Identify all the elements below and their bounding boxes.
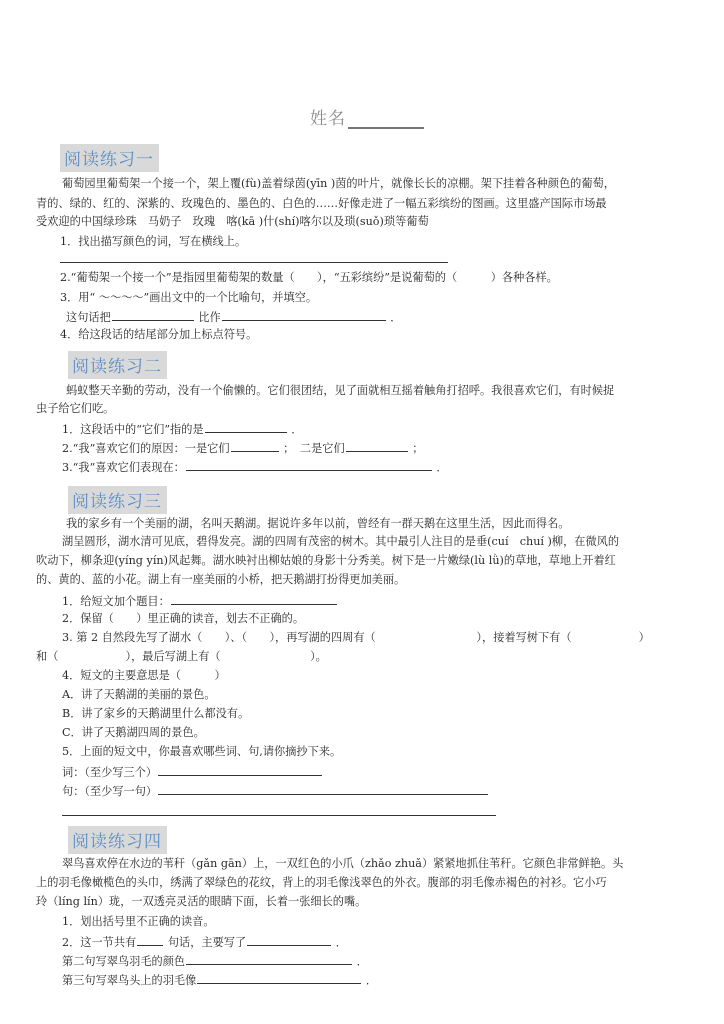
q2-blank-b: [247, 934, 331, 946]
q4-end: ．: [366, 974, 377, 987]
section-1-passage-line: 受欢迎的中国绿珍珠 马奶子 玫瑰 喀(kā )什(shí)喀尔以及琐(suǒ)琐…: [36, 215, 429, 229]
section-3-passage-line: 吹动下，柳条迎(yíng yín)风起舞。湖水映衬出柳姑娘的身影十分秀美。树下是…: [36, 554, 616, 568]
name-label: 姓名: [310, 109, 346, 129]
section-1-q4: 4．给这段话的结尾部分加上标点符号。: [60, 328, 257, 342]
section-1-q3-fill: 这句话把 比作 ．: [66, 309, 401, 325]
q2-blank-b: [346, 440, 408, 452]
section-4-title: 阅读练习四: [68, 826, 167, 854]
section-4-q1: 1．划出括号里不正确的读音。: [62, 915, 215, 929]
section-4-passage-line: 翠鸟喜欢停在水边的苇秆（gǎn gān）上，一双红色的小爪（zhǎo zhuǎ）…: [62, 857, 623, 871]
section-3-q5-extra-line: [62, 815, 496, 816]
section-2-title: 阅读练习二: [68, 351, 167, 379]
q3-blank: [186, 459, 432, 471]
q2-end: ．: [336, 936, 347, 949]
q4-label: 第三句写翠鸟头上的羽毛像: [62, 974, 196, 987]
section-3-passage-line: 我的家乡有一个美丽的湖，名叫天鹅湖。据说许多年以前，曾经有一群天鹅在这里生活，因…: [66, 517, 569, 531]
q3-blank-b: [222, 309, 386, 321]
q3-blank-a: [112, 309, 194, 321]
section-4-q4: 第三句写翠鸟头上的羽毛像 ．: [62, 972, 377, 988]
section-1-q2: 2.“葡萄架一个接一个”是指园里葡萄架的数量（ ），“五彩缤纷”是说葡萄的（ ）…: [60, 271, 558, 285]
section-2-q1: 1．这段话中的“它们”指的是 ．: [62, 421, 302, 437]
section-3-q2: 2．保留（ ）里正确的读音，划去不正确的。: [62, 612, 304, 626]
section-3-passage-line: 的、黄的、蓝的小花。湖上有一座美丽的小桥，把天鹅湖打扮得更加美丽。: [36, 573, 405, 587]
q4-blank: [197, 972, 361, 984]
section-1-q1: 1．找出描写颜色的词，写在横线上。: [60, 235, 246, 249]
q1-blank: [205, 421, 287, 433]
q3-blank: [186, 953, 352, 965]
q5-words-blank: [158, 764, 322, 776]
section-1-q1-answer-line: [60, 262, 448, 263]
q1-blank: [171, 593, 337, 605]
q3-label: 第二句写翠鸟羽毛的颜色: [62, 955, 185, 968]
q2-blank-a: [231, 440, 279, 452]
section-3-q5: 5．上面的短文中，你最喜欢哪些词、句,请你摘抄下来。: [62, 745, 341, 759]
section-3-q5-sentence: 句：（至少写一句）: [62, 783, 489, 799]
section-1-q3: 3．用“ ～～～～”画出文中的一个比喻句，并填空。: [60, 291, 317, 305]
q3-fill-label-b: 比作: [198, 311, 220, 324]
q3-label: 3.“我”喜欢它们表现在：: [62, 461, 185, 474]
section-4-q3: 第二句写翠鸟羽毛的颜色 ．: [62, 953, 368, 969]
section-3-option-a: A．讲了天鹅湖的美丽的景色。: [62, 688, 216, 702]
q3-end: ．: [357, 955, 368, 968]
section-4-passage-line: 玲（líng lín）珑，一双透亮灵活的眼睛下面，长着一张细长的嘴。: [36, 895, 366, 909]
section-3-option-c: C．讲了天鹅湖四周的景色。: [62, 726, 205, 740]
q5-sentence-blank: [158, 783, 488, 795]
q2-label-a: 2.“我”喜欢它们的原因：一是它们: [62, 442, 230, 455]
section-3-q3-line1: 3. 第 2 自然段先写了湖水（ ）、（ ），再写湖的四周有（ ），接着写树下有…: [62, 631, 650, 645]
section-3-q3-line2: 和（ ），最后写湖上有（ ）。: [36, 650, 327, 664]
section-1-title: 阅读练习一: [60, 144, 159, 172]
q3-fill-label-a: 这句话把: [66, 311, 111, 324]
q2-label-a: 2．这一节共有: [62, 936, 136, 949]
q2-blank-a: [137, 934, 163, 946]
section-4-passage-line: 上的羽毛像橄榄色的头巾，绣满了翠绿色的花纹，背上的羽毛像浅翠色的外衣。腹部的羽毛…: [36, 876, 607, 890]
q2-end: ；: [412, 442, 423, 455]
section-2-q2: 2.“我”喜欢它们的原因：一是它们 ； 二是它们 ；: [62, 440, 423, 456]
section-3-title: 阅读练习三: [68, 486, 167, 514]
q1-label: 1．给短文加个题目：: [62, 595, 170, 608]
q1-end: ．: [291, 423, 302, 436]
q5-sentence-label: 句：（至少写一句）: [62, 785, 157, 798]
section-2-q3: 3.“我”喜欢它们表现在： ．: [62, 459, 448, 475]
section-3-q1: 1．给短文加个题目：: [62, 593, 338, 609]
section-3-q5-words: 词：（至少写三个）: [62, 764, 323, 780]
section-1-passage-line: 葡萄园里葡萄架一个接一个，架上覆(fù)盖着绿茵(yīn )茵的叶片，就像长长的…: [62, 177, 615, 191]
q5-words-label: 词：（至少写三个）: [62, 766, 157, 779]
name-blank: [348, 111, 424, 129]
section-4-q2: 2．这一节共有 句话，主要写了 ．: [62, 934, 347, 950]
name-field: 姓名: [310, 104, 424, 129]
q3-end: ．: [390, 311, 401, 324]
q3-end: ．: [436, 461, 447, 474]
q1-label: 1．这段话中的“它们”指的是: [62, 423, 204, 436]
section-3-q4: 4．短文的主要意思是（ ）: [62, 669, 226, 683]
section-3-option-b: B．讲了家乡的天鹅湖里什么都没有。: [62, 707, 249, 721]
q2-label-b: ； 二是它们: [283, 442, 345, 455]
section-3-passage-line: 湖呈圆形，湖水清可见底，碧得发亮。湖的四周有茂密的树木。其中最引人注目的是垂(c…: [62, 535, 619, 549]
section-1-passage-line: 青的、绿的、红的、深紫的、玫瑰色的、墨色的、白色的……好像走进了一幅五彩缤纷的图…: [36, 197, 607, 211]
section-2-passage-line: 虫子给它们吃。: [36, 402, 114, 416]
section-2-passage-line: 蚂蚁整天辛勤的劳动，没有一个偷懒的。它们很团结，见了面就相互摇着触角打招呼。我很…: [66, 384, 614, 398]
q2-label-b: 句话，主要写了: [168, 936, 246, 949]
